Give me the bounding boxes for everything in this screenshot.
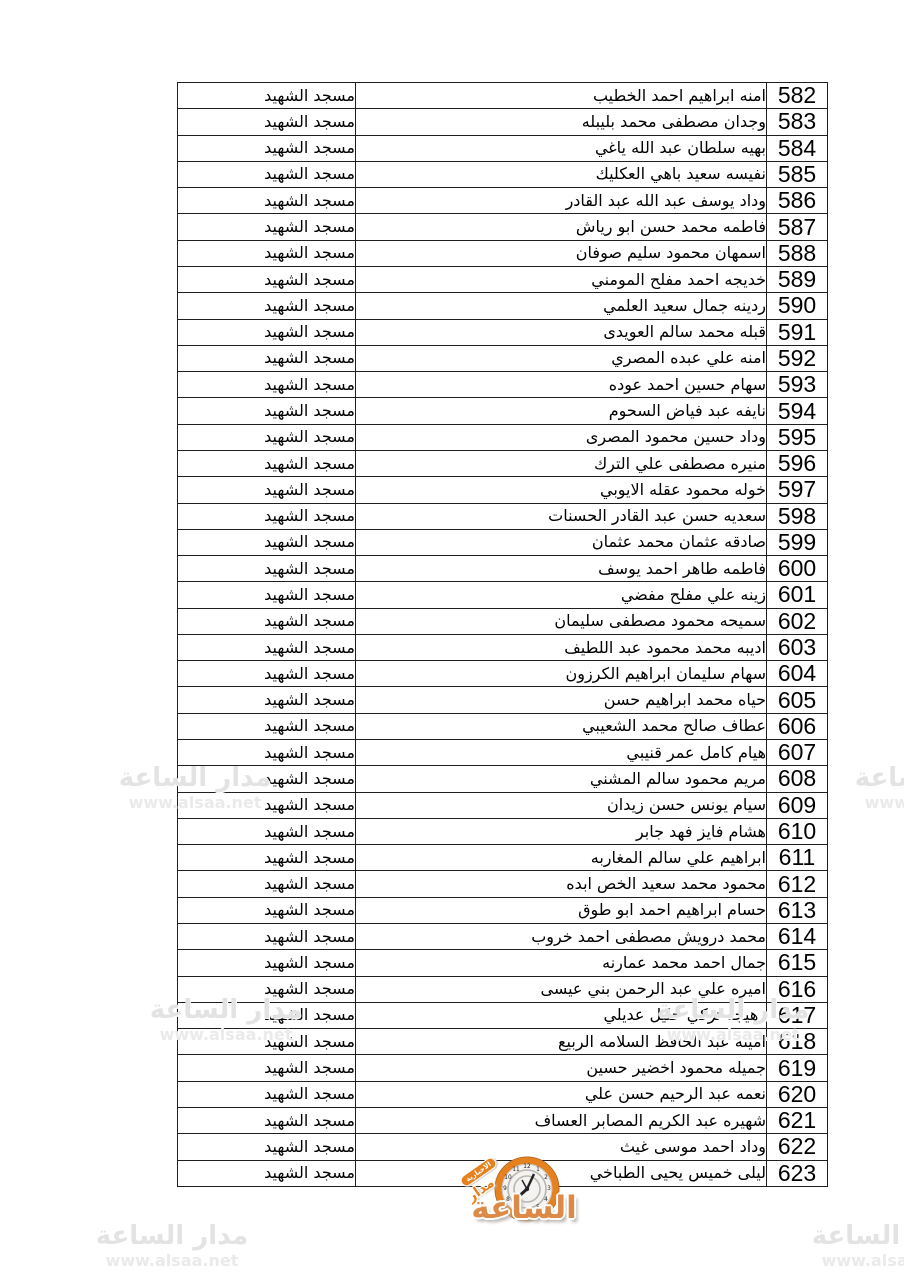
table-row: 622 وداد احمد موسى غيث مسجد الشهيد: [178, 1134, 828, 1160]
serial-number-cell: 622: [767, 1134, 828, 1160]
person-name-cell: زينه علي مفلح مفضي: [356, 582, 767, 608]
mosque-name-cell: مسجد الشهيد: [178, 766, 356, 792]
serial-number-cell: 610: [767, 818, 828, 844]
clock-numeral: 5: [536, 1205, 540, 1211]
mosque-name-cell: مسجد الشهيد: [178, 1081, 356, 1107]
mosque-name-cell: مسجد الشهيد: [178, 740, 356, 766]
table-row: 590 ردينه جمال سعيد العلمي مسجد الشهيد: [178, 293, 828, 319]
person-name-cell: هشام فايز فهد جابر: [356, 818, 767, 844]
person-name-cell: سهام سليمان ابراهيم الكرزون: [356, 661, 767, 687]
mosque-name-cell: مسجد الشهيد: [178, 1160, 356, 1186]
mosque-name-cell: مسجد الشهيد: [178, 661, 356, 687]
watermark-site-url: www.alsaa.net: [92, 1251, 252, 1270]
table-row: 606 عطاف صالح محمد الشعيبي مسجد الشهيد: [178, 713, 828, 739]
clock-numeral: 8: [506, 1197, 510, 1203]
serial-number-cell: 592: [767, 345, 828, 371]
person-name-cell: ليلى خميس يحيى الطباخي: [356, 1160, 767, 1186]
table-row: 617 رهيجه تركي خليل عديلي مسجد الشهيد: [178, 1002, 828, 1028]
mosque-name-cell: مسجد الشهيد: [178, 792, 356, 818]
person-name-cell: جمال احمد محمد عمارنه: [356, 950, 767, 976]
person-name-cell: محمد درويش مصطفى احمد خروب: [356, 924, 767, 950]
mosque-name-cell: مسجد الشهيد: [178, 319, 356, 345]
serial-number-cell: 619: [767, 1055, 828, 1081]
table-row: 619 جميله محمود اخضير حسين مسجد الشهيد: [178, 1055, 828, 1081]
table-row: 593 سهام حسين احمد عوده مسجد الشهيد: [178, 372, 828, 398]
serial-number-cell: 616: [767, 976, 828, 1002]
mosque-name-cell: مسجد الشهيد: [178, 450, 356, 476]
mosque-name-cell: مسجد الشهيد: [178, 582, 356, 608]
person-name-cell: فاطمه طاهر احمد يوسف: [356, 556, 767, 582]
serial-number-cell: 618: [767, 1029, 828, 1055]
table-row: 620 نعمه عبد الرحيم حسن علي مسجد الشهيد: [178, 1081, 828, 1107]
mosque-name-cell: مسجد الشهيد: [178, 608, 356, 634]
mosque-name-cell: مسجد الشهيد: [178, 845, 356, 871]
person-name-cell: فاطمه محمد حسن ابو رياش: [356, 214, 767, 240]
mosque-name-cell: مسجد الشهيد: [178, 240, 356, 266]
table-row: 615 جمال احمد محمد عمارنه مسجد الشهيد: [178, 950, 828, 976]
watermark-site-name: مدار الساعة: [836, 764, 904, 793]
table-row: 592 امنه علي عبده المصري مسجد الشهيد: [178, 345, 828, 371]
mosque-name-cell: مسجد الشهيد: [178, 398, 356, 424]
mosque-name-cell: مسجد الشهيد: [178, 188, 356, 214]
table-row: 621 شهيره عبد الكريم المصابر العساف مسجد…: [178, 1107, 828, 1133]
person-name-cell: ابراهيم علي سالم المغاربه: [356, 845, 767, 871]
table-row: 596 منيره مصطفى علي الترك مسجد الشهيد: [178, 450, 828, 476]
mosque-name-cell: مسجد الشهيد: [178, 109, 356, 135]
mosque-name-cell: مسجد الشهيد: [178, 477, 356, 503]
table-row: 588 اسمهان محمود سليم صوفان مسجد الشهيد: [178, 240, 828, 266]
table-row: 586 وداد يوسف عبد الله عبد القادر مسجد ا…: [178, 188, 828, 214]
person-name-cell: حياه محمد ابراهيم حسن: [356, 687, 767, 713]
watermark-site-url: www.alsaa.net: [836, 793, 904, 812]
serial-number-cell: 614: [767, 924, 828, 950]
clock-numeral: 7: [514, 1205, 518, 1211]
person-name-cell: خوله محمود عقله الايوبي: [356, 477, 767, 503]
person-name-cell: شهيره عبد الكريم المصابر العساف: [356, 1107, 767, 1133]
serial-number-cell: 600: [767, 556, 828, 582]
person-name-cell: امنه علي عبده المصري: [356, 345, 767, 371]
names-list-table: 582 امنه ابراهيم احمد الخطيب مسجد الشهيد…: [177, 82, 828, 1187]
serial-number-cell: 583: [767, 109, 828, 135]
table-row: 594 نايفه عبد فياض السحوم مسجد الشهيد: [178, 398, 828, 424]
watermark-site-name: مدار الساعة: [788, 1222, 904, 1251]
table-row: 611 ابراهيم علي سالم المغاربه مسجد الشهي…: [178, 845, 828, 871]
names-list-table-wrap: 582 امنه ابراهيم احمد الخطيب مسجد الشهيد…: [177, 82, 827, 1187]
serial-number-cell: 620: [767, 1081, 828, 1107]
serial-number-cell: 612: [767, 871, 828, 897]
serial-number-cell: 608: [767, 766, 828, 792]
serial-number-cell: 621: [767, 1107, 828, 1133]
serial-number-cell: 594: [767, 398, 828, 424]
serial-number-cell: 599: [767, 529, 828, 555]
serial-number-cell: 588: [767, 240, 828, 266]
serial-number-cell: 591: [767, 319, 828, 345]
mosque-name-cell: مسجد الشهيد: [178, 372, 356, 398]
table-row: 614 محمد درويش مصطفى احمد خروب مسجد الشه…: [178, 924, 828, 950]
watermark-bottom-left: مدار الساعة www.alsaa.net: [92, 1222, 252, 1270]
mosque-name-cell: مسجد الشهيد: [178, 214, 356, 240]
serial-number-cell: 605: [767, 687, 828, 713]
mosque-name-cell: مسجد الشهيد: [178, 529, 356, 555]
watermark-site-url: www.alsaa.net: [788, 1251, 904, 1270]
mosque-name-cell: مسجد الشهيد: [178, 924, 356, 950]
table-row: 584 بهيه سلطان عبد الله ياغي مسجد الشهيد: [178, 135, 828, 161]
mosque-name-cell: مسجد الشهيد: [178, 556, 356, 582]
table-row: 595 وداد حسين محمود المصرى مسجد الشهيد: [178, 424, 828, 450]
person-name-cell: جميله محمود اخضير حسين: [356, 1055, 767, 1081]
person-name-cell: صادقه عثمان محمد عثمان: [356, 529, 767, 555]
mosque-name-cell: مسجد الشهيد: [178, 83, 356, 109]
serial-number-cell: 590: [767, 293, 828, 319]
table-row: 598 سعديه حسن عبد القادر الحسنات مسجد ال…: [178, 503, 828, 529]
person-name-cell: هيام كامل عمر قنيبي: [356, 740, 767, 766]
table-row: 601 زينه علي مفلح مفضي مسجد الشهيد: [178, 582, 828, 608]
mosque-name-cell: مسجد الشهيد: [178, 345, 356, 371]
person-name-cell: اديبه محمد محمود عبد اللطيف: [356, 634, 767, 660]
mosque-name-cell: مسجد الشهيد: [178, 293, 356, 319]
mosque-name-cell: مسجد الشهيد: [178, 503, 356, 529]
serial-number-cell: 623: [767, 1160, 828, 1186]
watermark-bottom-right: مدار الساعة www.alsaa.net: [788, 1222, 904, 1270]
person-name-cell: نايفه عبد فياض السحوم: [356, 398, 767, 424]
person-name-cell: اميره علي عبد الرحمن بني عيسى: [356, 976, 767, 1002]
serial-number-cell: 582: [767, 83, 828, 109]
table-row: 623 ليلى خميس يحيى الطباخي مسجد الشهيد: [178, 1160, 828, 1186]
table-row: 602 سميحه محمود مصطفى سليمان مسجد الشهيد: [178, 608, 828, 634]
serial-number-cell: 601: [767, 582, 828, 608]
table-row: 605 حياه محمد ابراهيم حسن مسجد الشهيد: [178, 687, 828, 713]
mosque-name-cell: مسجد الشهيد: [178, 424, 356, 450]
person-name-cell: وداد احمد موسى غيث: [356, 1134, 767, 1160]
table-row: 597 خوله محمود عقله الايوبي مسجد الشهيد: [178, 477, 828, 503]
serial-number-cell: 603: [767, 634, 828, 660]
person-name-cell: بهيه سلطان عبد الله ياغي: [356, 135, 767, 161]
serial-number-cell: 617: [767, 1002, 828, 1028]
serial-number-cell: 606: [767, 713, 828, 739]
person-name-cell: مريم محمود سالم المشني: [356, 766, 767, 792]
mosque-name-cell: مسجد الشهيد: [178, 818, 356, 844]
person-name-cell: اسمهان محمود سليم صوفان: [356, 240, 767, 266]
table-row: 608 مريم محمود سالم المشني مسجد الشهيد: [178, 766, 828, 792]
serial-number-cell: 597: [767, 477, 828, 503]
table-row: 587 فاطمه محمد حسن ابو رياش مسجد الشهيد: [178, 214, 828, 240]
clock-numeral: 6: [525, 1208, 529, 1214]
person-name-cell: عطاف صالح محمد الشعيبي: [356, 713, 767, 739]
person-name-cell: امينه عبد الحافظ السلامه الربيع: [356, 1029, 767, 1055]
table-body: 582 امنه ابراهيم احمد الخطيب مسجد الشهيد…: [178, 83, 828, 1187]
mosque-name-cell: مسجد الشهيد: [178, 713, 356, 739]
person-name-cell: خديجه احمد مفلح المومني: [356, 266, 767, 292]
mosque-name-cell: مسجد الشهيد: [178, 634, 356, 660]
mosque-name-cell: مسجد الشهيد: [178, 161, 356, 187]
person-name-cell: وداد يوسف عبد الله عبد القادر: [356, 188, 767, 214]
table-row: 599 صادقه عثمان محمد عثمان مسجد الشهيد: [178, 529, 828, 555]
mosque-name-cell: مسجد الشهيد: [178, 1002, 356, 1028]
serial-number-cell: 611: [767, 845, 828, 871]
table-row: 607 هيام كامل عمر قنيبي مسجد الشهيد: [178, 740, 828, 766]
mosque-name-cell: مسجد الشهيد: [178, 1029, 356, 1055]
mosque-name-cell: مسجد الشهيد: [178, 897, 356, 923]
table-row: 600 فاطمه طاهر احمد يوسف مسجد الشهيد: [178, 556, 828, 582]
person-name-cell: نعمه عبد الرحيم حسن علي: [356, 1081, 767, 1107]
serial-number-cell: 613: [767, 897, 828, 923]
table-row: 603 اديبه محمد محمود عبد اللطيف مسجد الش…: [178, 634, 828, 660]
person-name-cell: نفيسه سعيد باهي العكليك: [356, 161, 767, 187]
clock-numeral: 4: [544, 1197, 548, 1203]
person-name-cell: وداد حسين محمود المصرى: [356, 424, 767, 450]
serial-number-cell: 586: [767, 188, 828, 214]
table-row: 616 اميره علي عبد الرحمن بني عيسى مسجد ا…: [178, 976, 828, 1002]
watermark-right-middle: مدار الساعة www.alsaa.net: [836, 764, 904, 812]
serial-number-cell: 595: [767, 424, 828, 450]
serial-number-cell: 587: [767, 214, 828, 240]
mosque-name-cell: مسجد الشهيد: [178, 687, 356, 713]
person-name-cell: رهيجه تركي خليل عديلي: [356, 1002, 767, 1028]
person-name-cell: حسام ابراهيم احمد ابو طوق: [356, 897, 767, 923]
serial-number-cell: 615: [767, 950, 828, 976]
person-name-cell: محمود محمد سعيد الخص ابده: [356, 871, 767, 897]
serial-number-cell: 593: [767, 372, 828, 398]
person-name-cell: امنه ابراهيم احمد الخطيب: [356, 83, 767, 109]
serial-number-cell: 609: [767, 792, 828, 818]
table-row: 591 قبله محمد سالم العويدى مسجد الشهيد: [178, 319, 828, 345]
table-row: 618 امينه عبد الحافظ السلامه الربيع مسجد…: [178, 1029, 828, 1055]
mosque-name-cell: مسجد الشهيد: [178, 1107, 356, 1133]
table-row: 609 سيام يونس حسن زيدان مسجد الشهيد: [178, 792, 828, 818]
person-name-cell: سعديه حسن عبد القادر الحسنات: [356, 503, 767, 529]
table-row: 613 حسام ابراهيم احمد ابو طوق مسجد الشهي…: [178, 897, 828, 923]
serial-number-cell: 596: [767, 450, 828, 476]
person-name-cell: وجدان مصطفى محمد بليبله: [356, 109, 767, 135]
table-row: 604 سهام سليمان ابراهيم الكرزون مسجد الش…: [178, 661, 828, 687]
person-name-cell: منيره مصطفى علي الترك: [356, 450, 767, 476]
table-row: 612 محمود محمد سعيد الخص ابده مسجد الشهي…: [178, 871, 828, 897]
mosque-name-cell: مسجد الشهيد: [178, 135, 356, 161]
mosque-name-cell: مسجد الشهيد: [178, 266, 356, 292]
mosque-name-cell: مسجد الشهيد: [178, 950, 356, 976]
serial-number-cell: 604: [767, 661, 828, 687]
person-name-cell: سميحه محمود مصطفى سليمان: [356, 608, 767, 634]
scanned-list-page: { "table": { "rows": [ {"number": "582",…: [0, 0, 904, 1280]
serial-number-cell: 585: [767, 161, 828, 187]
person-name-cell: قبله محمد سالم العويدى: [356, 319, 767, 345]
table-row: 585 نفيسه سعيد باهي العكليك مسجد الشهيد: [178, 161, 828, 187]
watermark-site-name: مدار الساعة: [92, 1222, 252, 1251]
table-row: 582 امنه ابراهيم احمد الخطيب مسجد الشهيد: [178, 83, 828, 109]
mosque-name-cell: مسجد الشهيد: [178, 871, 356, 897]
table-row: 583 وجدان مصطفى محمد بليبله مسجد الشهيد: [178, 109, 828, 135]
person-name-cell: ردينه جمال سعيد العلمي: [356, 293, 767, 319]
mosque-name-cell: مسجد الشهيد: [178, 1134, 356, 1160]
table-row: 589 خديجه احمد مفلح المومني مسجد الشهيد: [178, 266, 828, 292]
logo-brand-main: الساعة: [460, 1190, 588, 1226]
person-name-cell: سهام حسين احمد عوده: [356, 372, 767, 398]
serial-number-cell: 607: [767, 740, 828, 766]
serial-number-cell: 598: [767, 503, 828, 529]
person-name-cell: سيام يونس حسن زيدان: [356, 792, 767, 818]
table-row: 610 هشام فايز فهد جابر مسجد الشهيد: [178, 818, 828, 844]
serial-number-cell: 584: [767, 135, 828, 161]
mosque-name-cell: مسجد الشهيد: [178, 976, 356, 1002]
serial-number-cell: 589: [767, 266, 828, 292]
mosque-name-cell: مسجد الشهيد: [178, 1055, 356, 1081]
serial-number-cell: 602: [767, 608, 828, 634]
